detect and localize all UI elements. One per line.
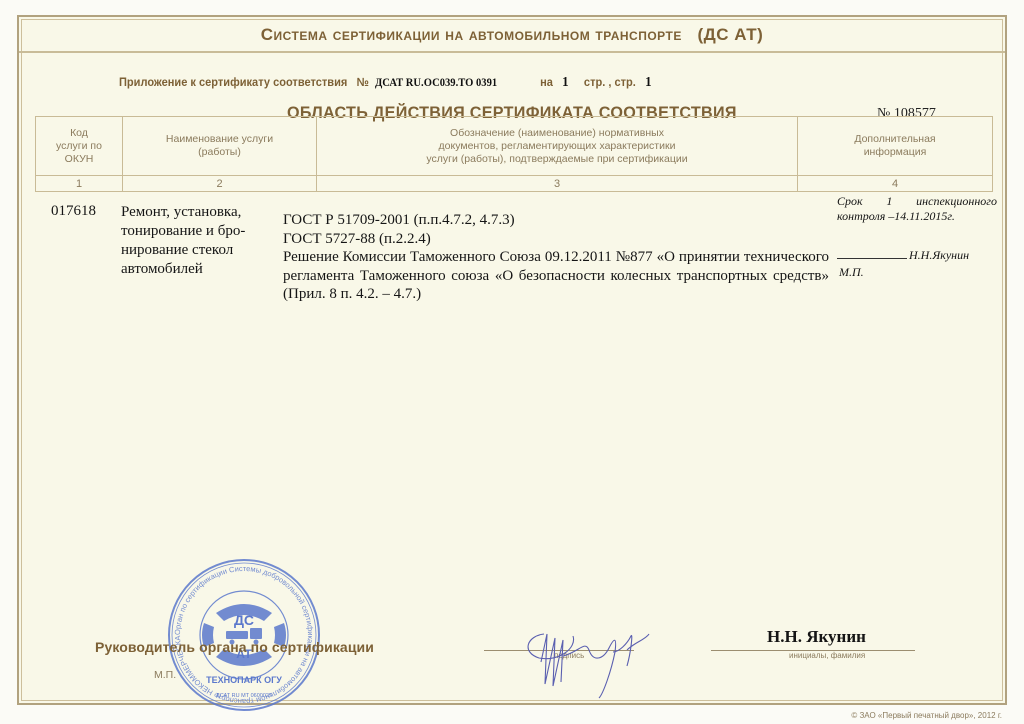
header-additional-info: Дополнительнаяинформация	[798, 117, 993, 176]
pages-total: 1	[562, 75, 568, 90]
signer-name: Н.Н. Якунин	[767, 627, 866, 647]
system-title: Система сертификации на автомобильном тр…	[261, 25, 682, 44]
normative-documents: ГОСТ Р 51709-2001 (п.п.4.7.2, 4.7.3) ГОС…	[283, 211, 829, 304]
inline-signature: Н.Н.Якунин М.П.	[837, 248, 997, 263]
inline-signer: Н.Н.Якунин	[909, 248, 969, 262]
column-number: 3	[317, 176, 798, 192]
scope-table: Кодуслуги поОКУН Наименование услуги(раб…	[35, 116, 993, 192]
service-name: Ремонт, установка, тонирование и бро- ни…	[121, 203, 273, 279]
appendix-label: Приложение к сертификату соответствия	[119, 75, 347, 89]
column-number: 2	[123, 176, 317, 192]
certificate-sheet: Система сертификации на автомобильном тр…	[17, 15, 1007, 705]
copyright-notice: © ЗАО «Первый печатный двор», 2012 г.	[851, 711, 1002, 720]
signer-caption: инициалы, фамилия	[789, 651, 865, 660]
document-entry: Решение Комиссии Таможенного Союза 09.12…	[283, 248, 829, 304]
column-number: 1	[36, 176, 123, 192]
certificate-number: ДСАТ RU.ОС039.ТО 0391	[375, 77, 497, 89]
header-service-name: Наименование услуги(работы)	[123, 117, 317, 176]
page-current: 1	[645, 75, 651, 90]
stamp-place-label: М.П.	[154, 669, 176, 681]
stamp-center-top: ДС	[234, 612, 254, 628]
system-abbreviation: (ДС АТ)	[698, 25, 764, 44]
additional-info: Срок 1 инспекционного контроля –14.11.20…	[837, 194, 997, 224]
system-header: Система сертификации на автомобильном тр…	[19, 17, 1005, 53]
header-okun-code: Кодуслуги поОКУН	[36, 117, 123, 176]
handwritten-signature-icon	[519, 622, 669, 702]
header-normative-documents: Обозначение (наименование) нормативныхдо…	[317, 117, 798, 176]
on-label: на	[540, 75, 553, 89]
column-number-row: 1 2 3 4	[36, 176, 993, 192]
pages-label: стр. , стр.	[584, 75, 636, 89]
stamp-bottom-text: ТЕХНОПАРК ОГУ	[206, 675, 282, 685]
column-number: 4	[798, 176, 993, 192]
document-entry: ГОСТ 5727-88 (п.2.2.4)	[283, 230, 829, 249]
document-entry: ГОСТ Р 51709-2001 (п.п.4.7.2, 4.7.3)	[283, 211, 829, 230]
appendix-line: Приложение к сертификату соответствия № …	[119, 75, 781, 91]
inline-stamp-label: М.П.	[839, 265, 864, 280]
head-of-certification-body-label: Руководитель органа по сертификации	[95, 639, 374, 655]
table-header-row: Кодуслуги поОКУН Наименование услуги(раб…	[36, 117, 993, 176]
seal-stamp-icon: Орган по сертификации Системы добровольн…	[164, 555, 324, 715]
signature-line	[837, 258, 907, 259]
stamp-reg-text: ДСАТ RU МТ 0600025	[216, 693, 272, 699]
okun-code: 017618	[51, 203, 96, 220]
number-sign: №	[357, 75, 369, 89]
